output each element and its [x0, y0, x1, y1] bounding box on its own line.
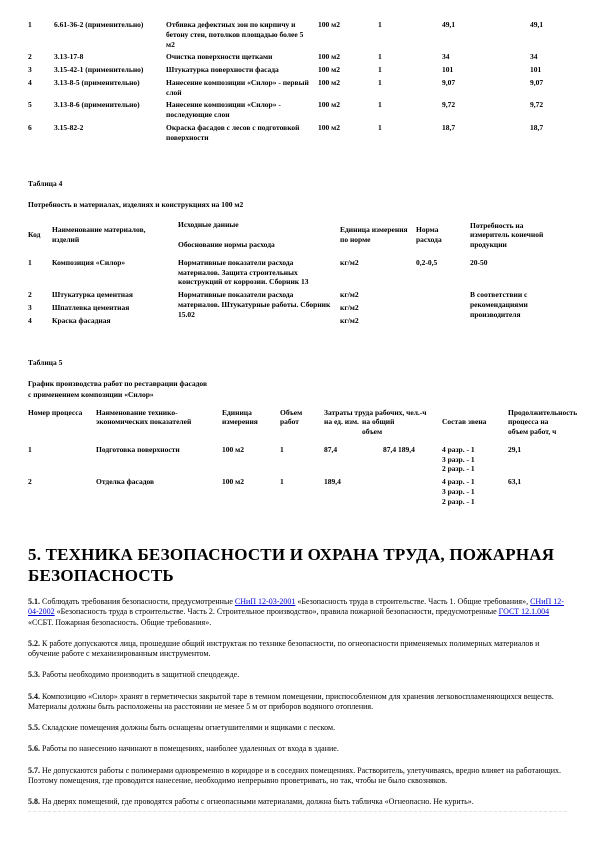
col-header-process-num: Номер процесса [28, 408, 96, 445]
table-cell: 34 [442, 52, 530, 65]
crew-line: 2 разр. - 1 [442, 497, 504, 507]
table-cell: 100 м2 [318, 100, 378, 123]
table-cell: 3.13-17-8 [54, 52, 166, 65]
table-cell: 1 [280, 477, 324, 509]
table-row: 2Штукатурка цементнаяНормативные показат… [28, 290, 567, 303]
paragraph-text: Складские помещения должны быть оснащены… [40, 723, 335, 732]
table-cell: кг/м2 [340, 303, 416, 316]
table-cell: 9,07 [442, 78, 530, 101]
schedule-table-body: 1Подготовка поверхности100 м2187,487,4 1… [28, 445, 567, 510]
paragraph-number: 5.4. [28, 692, 40, 701]
section5-title: 5. ТЕХНИКА БЕЗОПАСНОСТИ И ОХРАНА ТРУДА, … [28, 545, 567, 586]
table4-caption: Потребность в материалах, изделиях и кон… [28, 200, 567, 210]
crew-line: 3 разр. - 1 [442, 455, 504, 465]
table-cell: 0,2-0,5 [416, 258, 470, 290]
paragraph-text: «ССБТ. Пожарная безопасность. Общие треб… [28, 618, 211, 627]
table-cell: Нормативные показатели расхода материало… [178, 258, 340, 290]
paragraph-text: Работы по нанесению начинают в помещения… [40, 744, 339, 753]
col-header-kod: Код [28, 220, 52, 258]
document-reference-link[interactable]: ГОСТ 12.1.004 [499, 607, 550, 616]
col-header-labor-per-unit: на ед. изм. [324, 417, 362, 437]
table-cell: 1 [378, 123, 442, 146]
schedule-table: Номер процесса Наименование технико-экон… [28, 408, 567, 510]
table-cell: 3 [28, 65, 54, 78]
paragraph-text: Не допускаются работы с полимерами однов… [28, 766, 561, 785]
paragraph-number: 5.6. [28, 744, 40, 753]
safety-paragraph: 5.5. Складские помещения должны быть осн… [28, 723, 567, 733]
materials-table: Код Наименование материалов, изделий Исх… [28, 220, 567, 328]
table-cell: 4 разр. - 13 разр. - 12 разр. - 1 [442, 477, 508, 509]
col-header-process-name: Наименование технико-экономических показ… [96, 408, 222, 445]
table-cell: 2 [28, 477, 96, 509]
table-cell: 1 [378, 65, 442, 78]
table-row: 16.61-36-2 (применительно)Отбивка дефект… [28, 20, 567, 52]
table-cell: 2 [28, 290, 52, 303]
table-cell: 101 [442, 65, 530, 78]
table-cell: 5 [28, 100, 54, 123]
paragraph-text: Работы необходимо производить в защитной… [40, 670, 239, 679]
table-cell: 6 [28, 123, 54, 146]
table-cell: Композиция «Силор» [52, 258, 178, 290]
materials-table-body: 1Композиция «Силор»Нормативные показател… [28, 258, 567, 329]
page-bottom-rule [28, 811, 567, 812]
table-cell: Окраска фасадов с лесов с подготовкой по… [166, 123, 318, 146]
table-row: 1Подготовка поверхности100 м2187,487,4 1… [28, 445, 567, 477]
table-cell: 1 [378, 100, 442, 123]
work-items-table-body: 16.61-36-2 (применительно)Отбивка дефект… [28, 20, 567, 145]
paragraph-number: 5.3. [28, 670, 40, 679]
table-cell: 1 [28, 20, 54, 52]
table-cell: 49,1 [442, 20, 530, 52]
table-cell: 3.15-42-1 (применительно) [54, 65, 166, 78]
table-cell: 4 [28, 316, 52, 329]
table-cell: 100 м2 [318, 78, 378, 101]
table-row: 63.15-82-2Окраска фасадов с лесов с подг… [28, 123, 567, 146]
col-header-measure-unit: Единица измерения [222, 408, 280, 445]
table-cell: кг/м2 [340, 316, 416, 329]
table-cell: кг/м2 [340, 290, 416, 303]
table-cell: 3.13-8-5 (применительно) [54, 78, 166, 101]
table-row: 2Отделка фасадов100 м21189,44 разр. - 13… [28, 477, 567, 509]
paragraph-number: 5.1. [28, 597, 40, 606]
table-cell: Штукатурка поверхности фасада [166, 65, 318, 78]
col-header-volume: Объем работ [280, 408, 324, 445]
paragraph-text: На дверях помещений, где проводятся рабо… [40, 797, 474, 806]
paragraph-number: 5.2. [28, 639, 40, 648]
col-header-source: Исходные данные Обоснование нормы расход… [178, 220, 340, 258]
table-cell: Нанесение композиции «Силор» - последующ… [166, 100, 318, 123]
table-cell: 3.15-82-2 [54, 123, 166, 146]
table5-caption-line2: с применением композиции «Силор» [28, 390, 567, 400]
table-cell: 1 [378, 52, 442, 65]
table-cell: 18,7 [442, 123, 530, 146]
table-cell [416, 290, 470, 303]
paragraph-text: Соблюдать требования безопасности, преду… [40, 597, 235, 606]
labor-group-label: Затраты труда рабочих, чел.-ч [324, 408, 442, 418]
materials-table-header-row: Код Наименование материалов, изделий Исх… [28, 220, 567, 258]
table-cell [416, 303, 470, 316]
table-row: 33.15-42-1 (применительно)Штукатурка пов… [28, 65, 567, 78]
table-cell: 87,4 [324, 445, 383, 477]
table-row: 43.13-8-5 (применительно)Нанесение компо… [28, 78, 567, 101]
table-cell: 100 м2 [318, 65, 378, 78]
table-cell: Шпатлевка цементная [52, 303, 178, 316]
work-items-table: 16.61-36-2 (применительно)Отбивка дефект… [28, 20, 567, 145]
table-cell: 4 [28, 78, 54, 101]
table-row: 23.13-17-8Очистка поверхности щетками100… [28, 52, 567, 65]
col-header-labor-total: на общий объем [362, 417, 410, 437]
table-cell: Отделка фасадов [96, 477, 222, 509]
table-cell: 1 [28, 445, 96, 477]
table5-caption: График производства работ по реставрации… [28, 379, 567, 399]
col-header-justification: Обоснование нормы расхода [178, 240, 336, 250]
col-header-source-group: Исходные данные [178, 220, 336, 230]
col-header-labor-group: Затраты труда рабочих, чел.-ч на ед. изм… [324, 408, 442, 445]
crew-line: 3 разр. - 1 [442, 487, 504, 497]
col-header-crew: Состав звена [442, 408, 508, 445]
table-cell: 20-50 [470, 258, 567, 290]
table-cell: Отбивка дефектных зон по кирпичу и бетон… [166, 20, 318, 52]
table-cell: Нанесение композиции «Силор» - первый сл… [166, 78, 318, 101]
paragraph-text: Композицию «Силор» хранят в герметически… [28, 692, 554, 711]
table-cell [383, 477, 442, 509]
labor-subheaders: на ед. изм. на общий объем [324, 417, 442, 437]
table-cell: 1 [378, 20, 442, 52]
safety-paragraph: 5.6. Работы по нанесению начинают в поме… [28, 744, 567, 754]
safety-paragraph: 5.1. Соблюдать требования безопасности, … [28, 597, 567, 628]
paragraph-number: 5.8. [28, 797, 40, 806]
table-cell: 1 [28, 258, 52, 290]
paragraph-text: К работе допускаются лица, прошедшие общ… [28, 639, 539, 658]
table-cell: 29,1 [508, 445, 567, 477]
safety-paragraph: 5.2. К работе допускаются лица, прошедши… [28, 639, 567, 659]
table-cell: Штукатурка цементная [52, 290, 178, 303]
table-cell: 101 [530, 65, 567, 78]
table-cell: 100 м2 [318, 123, 378, 146]
table-cell: 63,1 [508, 477, 567, 509]
crew-line: 2 разр. - 1 [442, 464, 504, 474]
table-cell: 3 [28, 303, 52, 316]
paragraph-number: 5.7. [28, 766, 40, 775]
table-cell: 18,7 [530, 123, 567, 146]
table-cell: 100 м2 [222, 477, 280, 509]
col-header-unit: Единица измерения по норме [340, 220, 416, 258]
table-cell: 9,07 [530, 78, 567, 101]
table-cell: Краска фасадная [52, 316, 178, 329]
table-cell: Очистка поверхности щетками [166, 52, 318, 65]
table-cell [416, 316, 470, 329]
table-cell: 49,1 [530, 20, 567, 52]
table-cell: кг/м2 [340, 258, 416, 290]
table-cell: 3.13-8-6 (применительно) [54, 100, 166, 123]
table-cell: 9,72 [442, 100, 530, 123]
safety-paragraph: 5.3. Работы необходимо производить в защ… [28, 670, 567, 680]
table-row: 1Композиция «Силор»Нормативные показател… [28, 258, 567, 290]
table5-label: Таблица 5 [28, 358, 567, 367]
document-reference-link[interactable]: СНиП 12-03-2001 [235, 597, 296, 606]
table-cell: 189,4 [324, 477, 383, 509]
safety-paragraph: 5.8. На дверях помещений, где проводятся… [28, 797, 567, 807]
crew-line: 4 разр. - 1 [442, 445, 504, 455]
table-cell: 1 [378, 78, 442, 101]
table-cell: 87,4 189,4 [383, 445, 442, 477]
col-header-name: Наименование материалов, изделий [52, 220, 178, 258]
section5-paragraphs: 5.1. Соблюдать требования безопасности, … [28, 597, 567, 807]
table-cell: В соответствии с рекомендациями производ… [470, 290, 567, 328]
table4-label: Таблица 4 [28, 179, 567, 188]
table-cell: 2 [28, 52, 54, 65]
col-header-norm: Норма расхода [416, 220, 470, 258]
table-cell: Нормативные показатели расхода материало… [178, 290, 340, 328]
table-cell: 100 м2 [222, 445, 280, 477]
table-cell: 100 м2 [318, 52, 378, 65]
paragraph-text: «Безопасность труда в строительстве. Час… [295, 597, 530, 606]
col-header-need: Потребность на измеритель конечной проду… [470, 220, 567, 258]
schedule-table-header-row: Номер процесса Наименование технико-экон… [28, 408, 567, 445]
safety-paragraph: 5.4. Композицию «Силор» хранят в гермети… [28, 692, 567, 712]
table-cell: 34 [530, 52, 567, 65]
crew-line: 4 разр. - 1 [442, 477, 504, 487]
table-cell: 100 м2 [318, 20, 378, 52]
table-cell: Подготовка поверхности [96, 445, 222, 477]
paragraph-number: 5.5. [28, 723, 40, 732]
table-cell: 4 разр. - 13 разр. - 12 разр. - 1 [442, 445, 508, 477]
table5-caption-line1: График производства работ по реставрации… [28, 379, 567, 389]
table-cell: 6.61-36-2 (применительно) [54, 20, 166, 52]
table-cell: 9,72 [530, 100, 567, 123]
table-row: 53.13-8-6 (применительно)Нанесение компо… [28, 100, 567, 123]
paragraph-text: «Безопасность труда в строительстве. Час… [55, 607, 499, 616]
col-header-duration: Продолжительность процесса на объем рабо… [508, 408, 567, 445]
safety-paragraph: 5.7. Не допускаются работы с полимерами … [28, 766, 567, 786]
document-page: 16.61-36-2 (применительно)Отбивка дефект… [0, 0, 595, 842]
table-cell: 1 [280, 445, 324, 477]
